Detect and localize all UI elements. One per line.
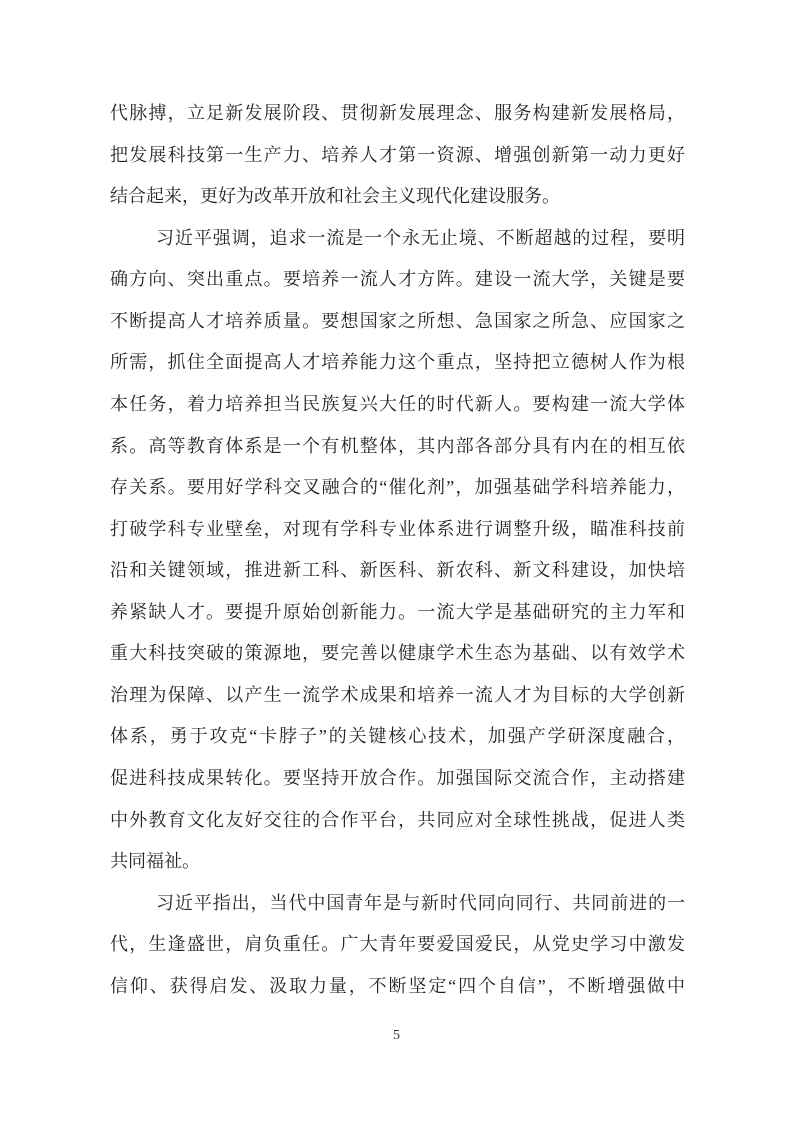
text-line: 习近平强调，追求一流是一个永无止境、不断超越的过程，要明 [110, 218, 685, 260]
text-line: 信仰、获得启发、汲取力量，不断坚定“四个自信”，不断增强做中 [110, 966, 685, 1008]
text-line: 结合起来，更好为改革开放和社会主义现代化建设服务。 [110, 176, 685, 218]
paragraph: 习近平强调，追求一流是一个永无止境、不断超越的过程，要明 确方向、突出重点。要培… [110, 218, 685, 883]
text-line: 不断提高人才培养质量。要想国家之所想、急国家之所急、应国家之 [110, 301, 685, 343]
text-line: 本任务，着力培养担当民族复兴大任的时代新人。要构建一流大学体 [110, 384, 685, 426]
text-line: 确方向、突出重点。要培养一流人才方阵。建设一流大学，关键是要 [110, 259, 685, 301]
page-number: 5 [0, 1026, 793, 1046]
text-line: 打破学科专业壁垒，对现有学科专业体系进行调整升级，瞄准科技前 [110, 509, 685, 551]
text-line: 沿和关键领域，推进新工科、新医科、新农科、新文科建设，加快培 [110, 550, 685, 592]
paragraph: 代脉搏，立足新发展阶段、贯彻新发展理念、服务构建新发展格局， 把发展科技第一生产… [110, 93, 685, 218]
text-line: 重大科技突破的策源地，要完善以健康学术生态为基础、以有效学术 [110, 633, 685, 675]
text-line: 共同福祉。 [110, 841, 685, 883]
paragraph: 习近平指出，当代中国青年是与新时代同向同行、共同前进的一 代，生逢盛世，肩负重任… [110, 883, 685, 1008]
text-line: 代，生逢盛世，肩负重任。广大青年要爱国爱民，从党史学习中激发 [110, 924, 685, 966]
text-line: 治理为保障、以产生一流学术成果和培养一流人才为目标的大学创新 [110, 675, 685, 717]
text-line: 体系，勇于攻克“卡脖子”的关键核心技术，加强产学研深度融合， [110, 716, 685, 758]
text-line: 中外教育文化友好交往的合作平台，共同应对全球性挑战，促进人类 [110, 800, 685, 842]
text-line: 养紧缺人才。要提升原始创新能力。一流大学是基础研究的主力军和 [110, 592, 685, 634]
text-line: 存关系。要用好学科交叉融合的“催化剂”，加强基础学科培养能力， [110, 467, 685, 509]
text-line: 所需，抓住全面提高人才培养能力这个重点，坚持把立德树人作为根 [110, 342, 685, 384]
text-line: 习近平指出，当代中国青年是与新时代同向同行、共同前进的一 [110, 883, 685, 925]
text-line: 系。高等教育体系是一个有机整体，其内部各部分具有内在的相互依 [110, 426, 685, 468]
document-body: 代脉搏，立足新发展阶段、贯彻新发展理念、服务构建新发展格局， 把发展科技第一生产… [110, 93, 685, 1007]
text-line: 把发展科技第一生产力、培养人才第一资源、增强创新第一动力更好 [110, 135, 685, 177]
text-line: 代脉搏，立足新发展阶段、贯彻新发展理念、服务构建新发展格局， [110, 93, 685, 135]
text-line: 促进科技成果转化。要坚持开放合作。加强国际交流合作，主动搭建 [110, 758, 685, 800]
document-page: 代脉搏，立足新发展阶段、贯彻新发展理念、服务构建新发展格局， 把发展科技第一生产… [0, 0, 793, 1122]
